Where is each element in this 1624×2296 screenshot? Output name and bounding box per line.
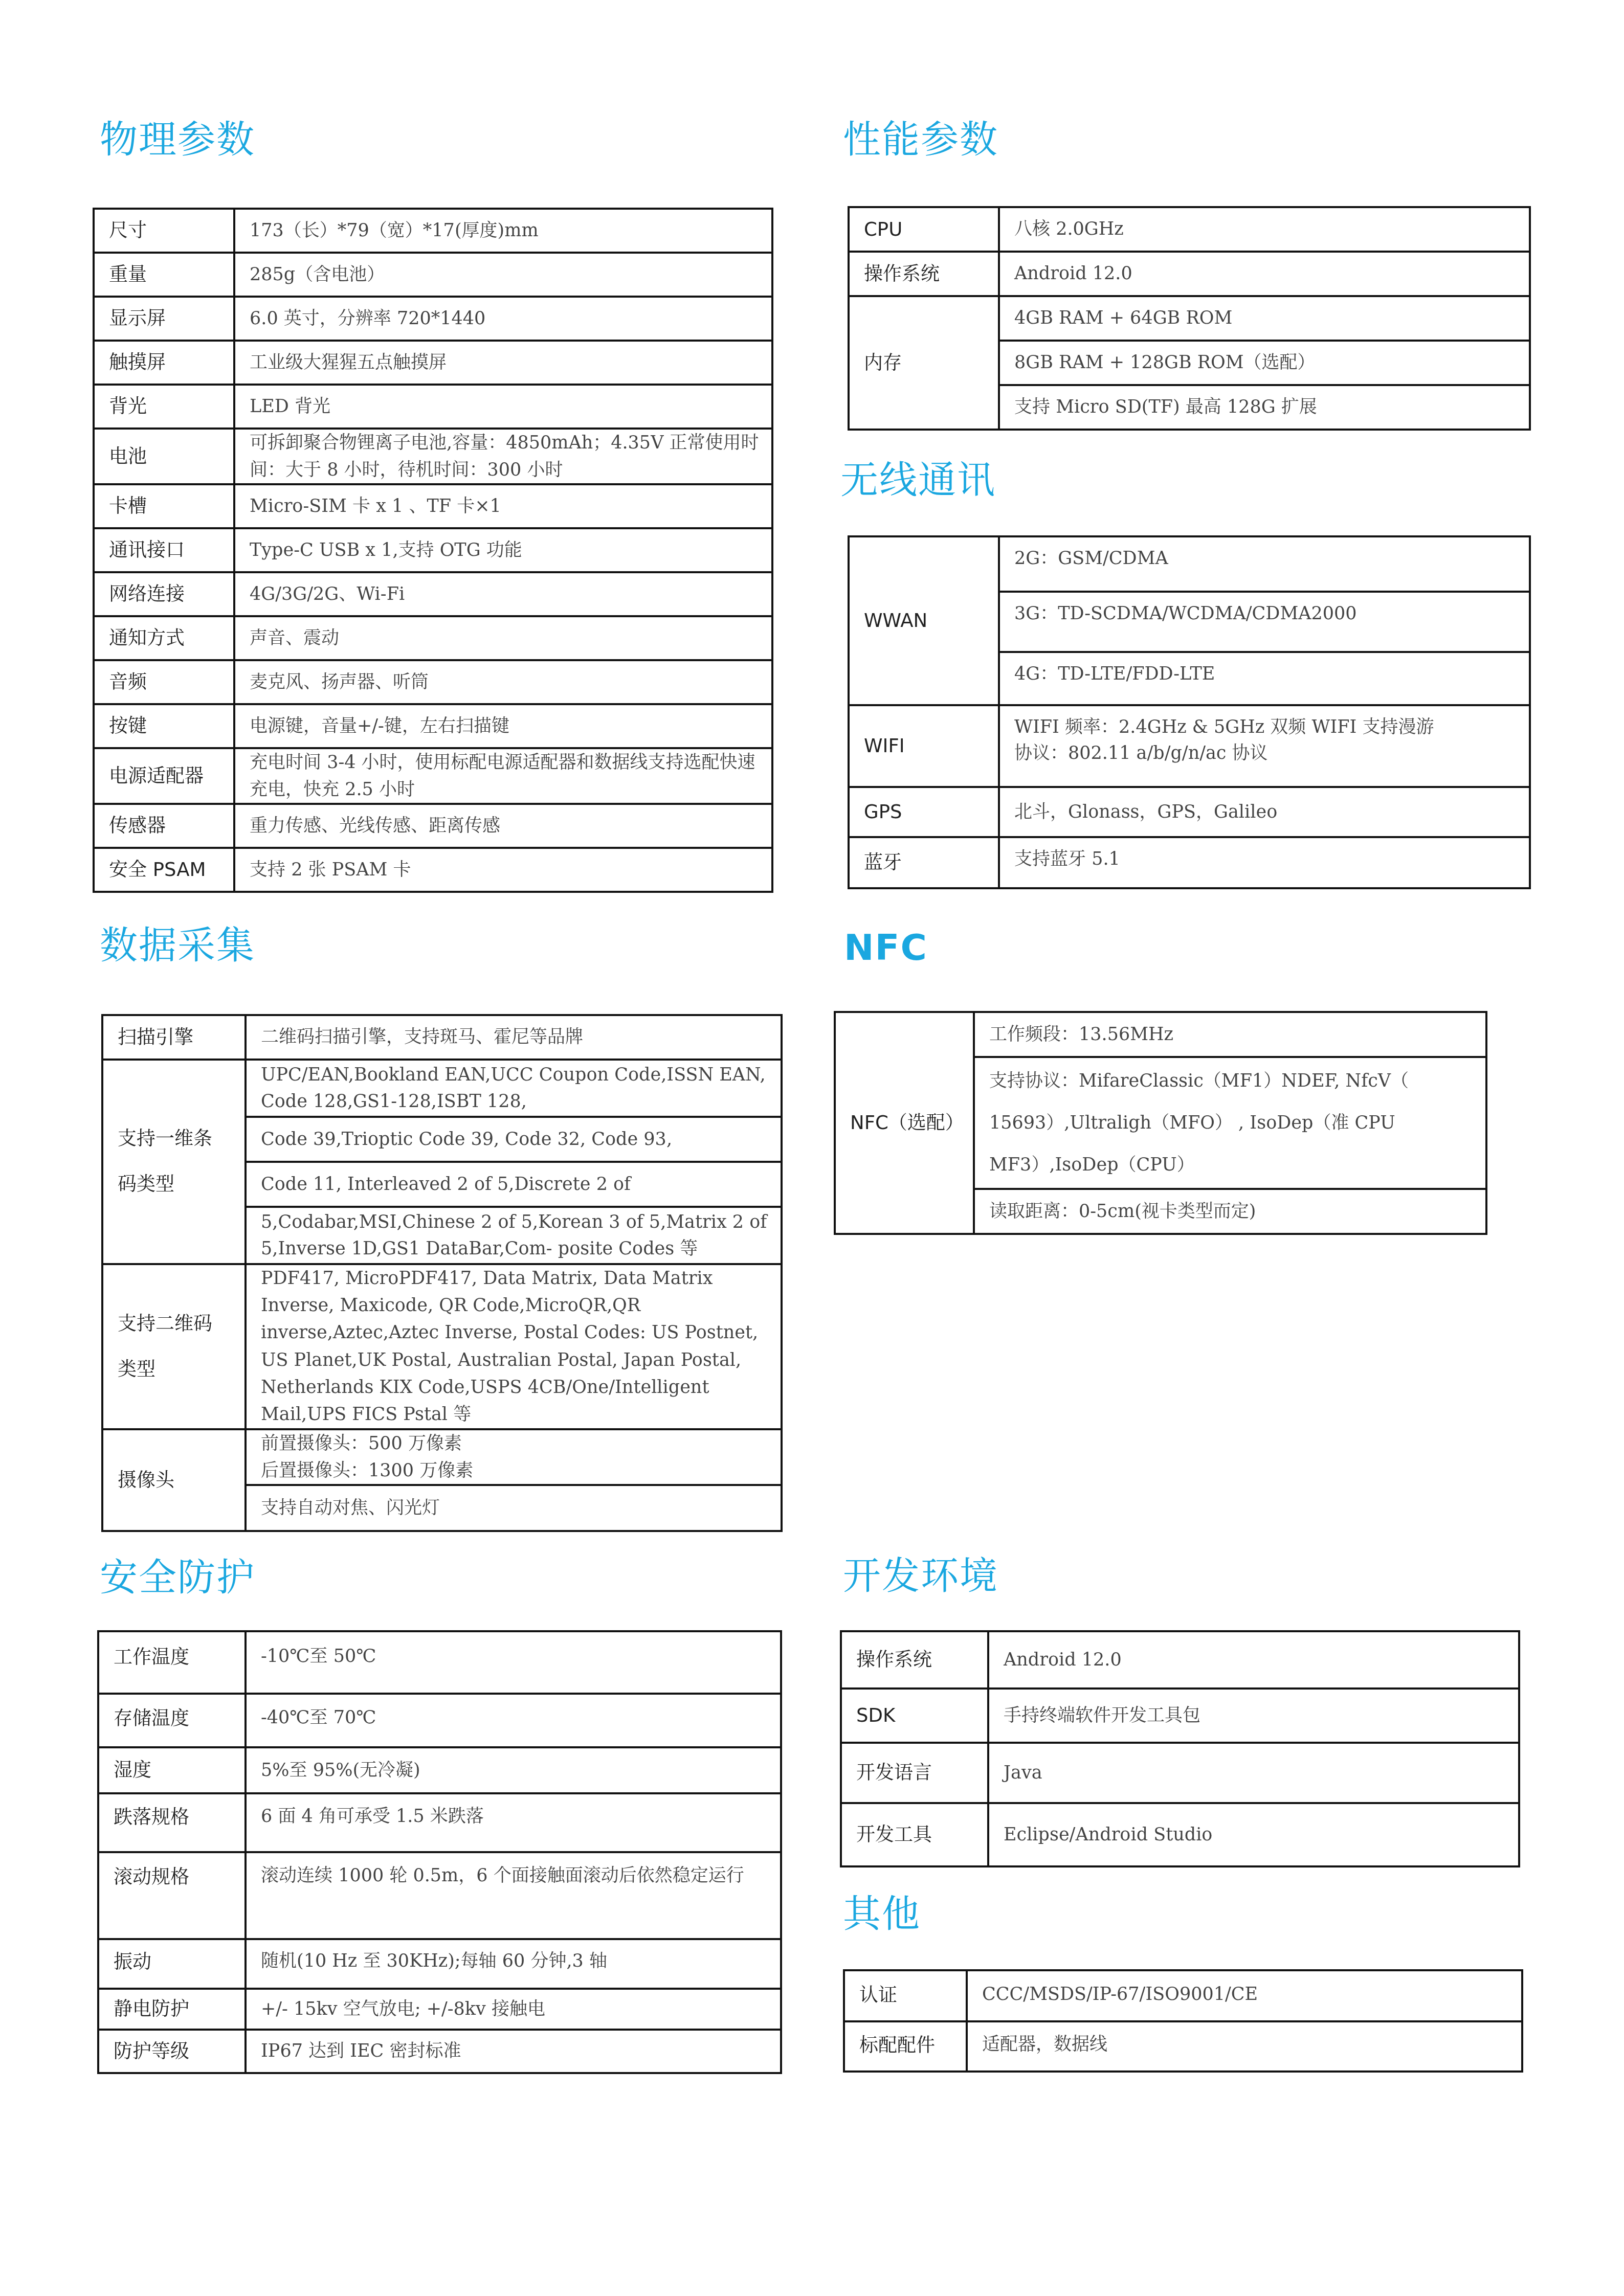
table-row: 背光LED 背光	[94, 385, 772, 429]
spec-key: 支持二维码类型	[102, 1264, 246, 1429]
spec-key: WWAN	[849, 536, 999, 705]
table-row: 支持二维码类型PDF417, MicroPDF417, Data Matrix,…	[102, 1264, 782, 1429]
spec-value: +/- 15kv 空气放电; +/-8kv 接触电	[246, 1989, 781, 2030]
spec-key: CPU	[849, 207, 999, 252]
spec-value: 5%至 95%(无冷凝)	[246, 1747, 781, 1793]
spec-value: 4G：TD-LTE/FDD-LTE	[999, 652, 1530, 705]
table-row: 卡槽Micro-SIM 卡 x 1 、TF 卡×1	[94, 484, 772, 528]
spec-value: CCC/MSDS/IP-67/ISO9001/CE	[967, 1970, 1522, 2021]
section-title-other: 其他	[843, 1895, 921, 1933]
spec-value: 5,Codabar,MSI,Chinese 2 of 5,Korean 3 of…	[246, 1207, 782, 1264]
spec-key: 支持一维条码类型	[102, 1060, 246, 1264]
spec-key: 滚动规格	[98, 1852, 246, 1939]
spec-value: 3G：TD-SCDMA/WCDMA/CDMA2000	[999, 592, 1530, 652]
spec-value: 工业级大猩猩五点触摸屏	[234, 341, 772, 385]
spec-value: Code 39,Trioptic Code 39, Code 32, Code …	[246, 1117, 782, 1162]
section-title-physical: 物理参数	[100, 121, 255, 159]
spec-key: 显示屏	[94, 297, 234, 341]
spec-key: 通知方式	[94, 616, 234, 660]
dev-env-spec-table: 操作系统Android 12.0 SDK手持终端软件开发工具包 开发语言Java…	[840, 1630, 1520, 1867]
table-row: 通讯接口Type-C USB x 1,支持 OTG 功能	[94, 528, 772, 572]
spec-value: 声音、震动	[234, 616, 772, 660]
table-row: 开发语言Java	[841, 1743, 1519, 1803]
spec-key: WIFI	[849, 705, 999, 787]
spec-key: 触摸屏	[94, 341, 234, 385]
table-row: 认证CCC/MSDS/IP-67/ISO9001/CE	[844, 1970, 1522, 2021]
spec-key: 卡槽	[94, 484, 234, 528]
spec-key: 操作系统	[841, 1631, 988, 1689]
spec-key: 安全 PSAM	[94, 848, 234, 892]
spec-key: 存储温度	[98, 1694, 246, 1747]
physical-spec-table: 尺寸173（长）*79（宽）*17(厚度)mm 重量285g（含电池） 显示屏6…	[93, 208, 773, 893]
spec-value: 支持 2 张 PSAM 卡	[234, 848, 772, 892]
spec-value: -10℃至 50℃	[246, 1631, 781, 1694]
table-row: 防护等级IP67 达到 IEC 密封标准	[98, 2030, 781, 2073]
spec-value: 读取距离：0-5cm(视卡类型而定)	[974, 1189, 1486, 1234]
table-row: 开发工具Eclipse/Android Studio	[841, 1803, 1519, 1866]
table-row: NFC（选配）工作频段：13.56MHz	[835, 1012, 1486, 1057]
table-row: 摄像头 前置摄像头：500 万像素 后置摄像头：1300 万像素	[102, 1429, 782, 1485]
table-row: WIFI WIFI 频率：2.4GHz & 5GHz 双频 WIFI 支持漫游 …	[849, 705, 1530, 787]
spec-value: 4GB RAM + 64GB ROM	[999, 296, 1530, 341]
spec-key: 标配配件	[844, 2021, 967, 2072]
spec-key: 电池	[94, 429, 234, 484]
nfc-spec-table: NFC（选配）工作频段：13.56MHz 支持协议：MifareClassic（…	[834, 1011, 1487, 1235]
table-row: 内存4GB RAM + 64GB ROM	[849, 296, 1530, 341]
spec-value: 6 面 4 角可承受 1.5 米跌落	[246, 1793, 781, 1852]
spec-key: 网络连接	[94, 572, 234, 616]
section-title-wireless: 无线通讯	[840, 461, 996, 499]
spec-value: 6.0 英寸，分辨率 720*1440	[234, 297, 772, 341]
section-title-nfc: NFC	[844, 930, 928, 965]
spec-value: 北斗，Glonass，GPS，Galileo	[999, 787, 1530, 837]
spec-key: 音频	[94, 660, 234, 704]
table-row: 电池可拆卸聚合物锂离子电池,容量：4850mAh；4.35V 正常使用时间：大于…	[94, 429, 772, 484]
spec-key: 防护等级	[98, 2030, 246, 2073]
rear-camera: 后置摄像头：1300 万像素	[261, 1457, 773, 1484]
spec-value: 前置摄像头：500 万像素 后置摄像头：1300 万像素	[246, 1429, 782, 1485]
spec-value: Android 12.0	[999, 252, 1530, 296]
table-row: GPS北斗，Glonass，GPS，Galileo	[849, 787, 1530, 837]
table-row: 工作温度-10℃至 50℃	[98, 1631, 781, 1694]
table-row: 操作系统Android 12.0	[849, 252, 1530, 296]
table-row: 显示屏6.0 英寸，分辨率 720*1440	[94, 297, 772, 341]
spec-value: Java	[988, 1743, 1519, 1803]
table-row: 存储温度-40℃至 70℃	[98, 1694, 781, 1747]
spec-value: Android 12.0	[988, 1631, 1519, 1689]
section-title-dev-env: 开发环境	[843, 1557, 998, 1595]
spec-value: 支持 Micro SD(TF) 最高 128G 扩展	[999, 385, 1530, 430]
section-title-safety: 安全防护	[100, 1559, 255, 1596]
spec-value: 重力传感、光线传感、距离传感	[234, 804, 772, 848]
spec-value: 173（长）*79（宽）*17(厚度)mm	[234, 209, 772, 253]
table-row: 支持一维条码类型UPC/EAN,Bookland EAN,UCC Coupon …	[102, 1060, 782, 1117]
spec-key: 尺寸	[94, 209, 234, 253]
spec-key: 重量	[94, 253, 234, 297]
spec-value: 充电时间 3-4 小时，使用标配电源适配器和数据线支持选配快速充电，快充 2.5…	[234, 748, 772, 804]
spec-key: 跌落规格	[98, 1793, 246, 1852]
spec-key: 工作温度	[98, 1631, 246, 1694]
data-capture-spec-table: 扫描引擎二维码扫描引擎，支持斑马、霍尼等品牌 支持一维条码类型UPC/EAN,B…	[101, 1014, 783, 1532]
table-row: 扫描引擎二维码扫描引擎，支持斑马、霍尼等品牌	[102, 1015, 782, 1060]
spec-value: LED 背光	[234, 385, 772, 429]
table-row: 尺寸173（长）*79（宽）*17(厚度)mm	[94, 209, 772, 253]
table-row: SDK手持终端软件开发工具包	[841, 1689, 1519, 1743]
table-row: 音频麦克风、扬声器、听筒	[94, 660, 772, 704]
spec-value: 手持终端软件开发工具包	[988, 1689, 1519, 1743]
performance-spec-table: CPU八核 2.0GHz 操作系统Android 12.0 内存4GB RAM …	[848, 206, 1531, 431]
spec-key: 摄像头	[102, 1429, 246, 1531]
table-row: 蓝牙支持蓝牙 5.1	[849, 837, 1530, 888]
table-row: 网络连接4G/3G/2G、Wi-Fi	[94, 572, 772, 616]
spec-value: Eclipse/Android Studio	[988, 1803, 1519, 1866]
spec-value: 8GB RAM + 128GB ROM（选配）	[999, 341, 1530, 385]
table-row: 滚动规格滚动连续 1000 轮 0.5m，6 个面接触面滚动后依然稳定运行	[98, 1852, 781, 1939]
spec-key: 蓝牙	[849, 837, 999, 888]
spec-value: 支持蓝牙 5.1	[999, 837, 1530, 888]
spec-value: 随机(10 Hz 至 30KHz);每轴 60 分钟,3 轴	[246, 1939, 781, 1989]
spec-value: UPC/EAN,Bookland EAN,UCC Coupon Code,ISS…	[246, 1060, 782, 1117]
spec-key: 静电防护	[98, 1989, 246, 2030]
spec-key: 操作系统	[849, 252, 999, 296]
spec-value: 二维码扫描引擎，支持斑马、霍尼等品牌	[246, 1015, 782, 1060]
spec-key: 开发语言	[841, 1743, 988, 1803]
spec-key: 传感器	[94, 804, 234, 848]
table-row: 湿度5%至 95%(无冷凝)	[98, 1747, 781, 1793]
spec-key: NFC（选配）	[835, 1012, 974, 1234]
spec-value: Code 11, Interleaved 2 of 5,Discrete 2 o…	[246, 1162, 782, 1207]
table-row: 静电防护+/- 15kv 空气放电; +/-8kv 接触电	[98, 1989, 781, 2030]
spec-value: 支持协议：MifareClassic（MF1）NDEF, NfcV（ 15693…	[974, 1057, 1486, 1189]
spec-key: 内存	[849, 296, 999, 430]
wifi-protocol: 协议：802.11 a/b/g/n/ac 协议	[1014, 740, 1529, 767]
table-row: 跌落规格6 面 4 角可承受 1.5 米跌落	[98, 1793, 781, 1852]
spec-value: 可拆卸聚合物锂离子电池,容量：4850mAh；4.35V 正常使用时间：大于 8…	[234, 429, 772, 484]
section-title-data-capture: 数据采集	[100, 927, 255, 964]
table-row: 安全 PSAM支持 2 张 PSAM 卡	[94, 848, 772, 892]
spec-value: Type-C USB x 1,支持 OTG 功能	[234, 528, 772, 572]
spec-value: PDF417, MicroPDF417, Data Matrix, Data M…	[246, 1264, 782, 1429]
spec-value: 麦克风、扬声器、听筒	[234, 660, 772, 704]
spec-value: 工作频段：13.56MHz	[974, 1012, 1486, 1057]
spec-value: 滚动连续 1000 轮 0.5m，6 个面接触面滚动后依然稳定运行	[246, 1852, 781, 1939]
table-row: WWAN2G：GSM/CDMA	[849, 536, 1530, 592]
table-row: 重量285g（含电池）	[94, 253, 772, 297]
spec-key: 振动	[98, 1939, 246, 1989]
spec-value: Micro-SIM 卡 x 1 、TF 卡×1	[234, 484, 772, 528]
spec-value: 适配器，数据线	[967, 2021, 1522, 2072]
spec-value: 八核 2.0GHz	[999, 207, 1530, 252]
spec-key: 电源适配器	[94, 748, 234, 804]
safety-spec-table: 工作温度-10℃至 50℃ 存储温度-40℃至 70℃ 湿度5%至 95%(无冷…	[97, 1630, 782, 2074]
spec-value: 支持自动对焦、闪光灯	[246, 1485, 782, 1531]
front-camera: 前置摄像头：500 万像素	[261, 1430, 773, 1457]
spec-value: 电源键，音量+/-键，左右扫描键	[234, 704, 772, 748]
spec-value: -40℃至 70℃	[246, 1694, 781, 1747]
table-row: 标配配件适配器，数据线	[844, 2021, 1522, 2072]
table-row: 触摸屏工业级大猩猩五点触摸屏	[94, 341, 772, 385]
spec-key: SDK	[841, 1689, 988, 1743]
table-row: 传感器重力传感、光线传感、距离传感	[94, 804, 772, 848]
spec-value: WIFI 频率：2.4GHz & 5GHz 双频 WIFI 支持漫游 协议：80…	[999, 705, 1530, 787]
spec-key: 认证	[844, 1970, 967, 2021]
table-row: CPU八核 2.0GHz	[849, 207, 1530, 252]
spec-key: GPS	[849, 787, 999, 837]
wireless-spec-table: WWAN2G：GSM/CDMA 3G：TD-SCDMA/WCDMA/CDMA20…	[848, 535, 1531, 889]
spec-key: 背光	[94, 385, 234, 429]
table-row: 电源适配器充电时间 3-4 小时，使用标配电源适配器和数据线支持选配快速充电，快…	[94, 748, 772, 804]
wifi-frequency: WIFI 频率：2.4GHz & 5GHz 双频 WIFI 支持漫游	[1014, 714, 1529, 740]
spec-key: 扫描引擎	[102, 1015, 246, 1060]
spec-value: 4G/3G/2G、Wi-Fi	[234, 572, 772, 616]
spec-value: IP67 达到 IEC 密封标准	[246, 2030, 781, 2073]
table-row: 通知方式声音、震动	[94, 616, 772, 660]
table-row: 按键电源键，音量+/-键，左右扫描键	[94, 704, 772, 748]
spec-key: 通讯接口	[94, 528, 234, 572]
table-row: 操作系统Android 12.0	[841, 1631, 1519, 1689]
spec-value: 2G：GSM/CDMA	[999, 536, 1530, 592]
table-row: 振动随机(10 Hz 至 30KHz);每轴 60 分钟,3 轴	[98, 1939, 781, 1989]
spec-value: 285g（含电池）	[234, 253, 772, 297]
spec-key: 开发工具	[841, 1803, 988, 1866]
spec-key: 按键	[94, 704, 234, 748]
other-spec-table: 认证CCC/MSDS/IP-67/ISO9001/CE 标配配件适配器，数据线	[843, 1969, 1523, 2073]
spec-key: 湿度	[98, 1747, 246, 1793]
section-title-performance: 性能参数	[843, 121, 998, 159]
